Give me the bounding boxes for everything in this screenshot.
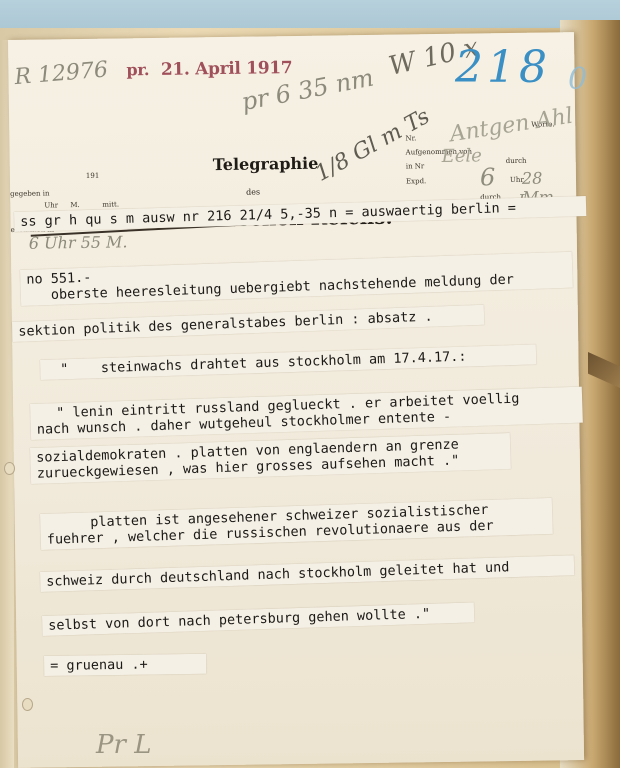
durch-label-1: durch bbox=[506, 157, 527, 165]
signature: Pr L bbox=[96, 730, 151, 760]
expd-label: Expd. bbox=[406, 177, 426, 185]
form-title-des: des bbox=[246, 187, 260, 196]
pencil-reference-number: R 12976 bbox=[14, 57, 109, 90]
nr-label: Nr. bbox=[405, 134, 416, 142]
punch-hole-lower bbox=[22, 698, 33, 711]
stamp-date: 21. April 1917 bbox=[161, 58, 293, 80]
blue-file-number: 218 bbox=[455, 42, 551, 93]
handwritten-expd-hour: 6 bbox=[480, 163, 496, 191]
punch-hole-upper bbox=[4, 462, 15, 475]
stamp-prefix: pr. bbox=[126, 60, 149, 79]
form-title-telegraphie: Telegraphie bbox=[213, 154, 319, 174]
mitt-label: mitt. bbox=[102, 200, 119, 208]
min-label: M. bbox=[70, 201, 80, 209]
handwritten-aufgenommen: Antgen Ahl bbox=[448, 104, 575, 148]
blue-ghost-mark: 0 bbox=[568, 62, 587, 97]
telegram-line-14: = gruenau .+ bbox=[44, 654, 206, 676]
pencil-note-3: 1/8 Gl m Ts bbox=[311, 104, 434, 187]
uhr-label: Uhr bbox=[44, 201, 58, 209]
in-nr-label: in Nr bbox=[406, 162, 425, 170]
aufgegeben-label: gegeben in bbox=[10, 189, 49, 198]
year-prefix: 191 bbox=[86, 172, 99, 180]
receipt-date-stamp: pr. 21. April 1917 bbox=[126, 58, 292, 80]
handwritten-in-nr: Eele bbox=[442, 145, 482, 167]
